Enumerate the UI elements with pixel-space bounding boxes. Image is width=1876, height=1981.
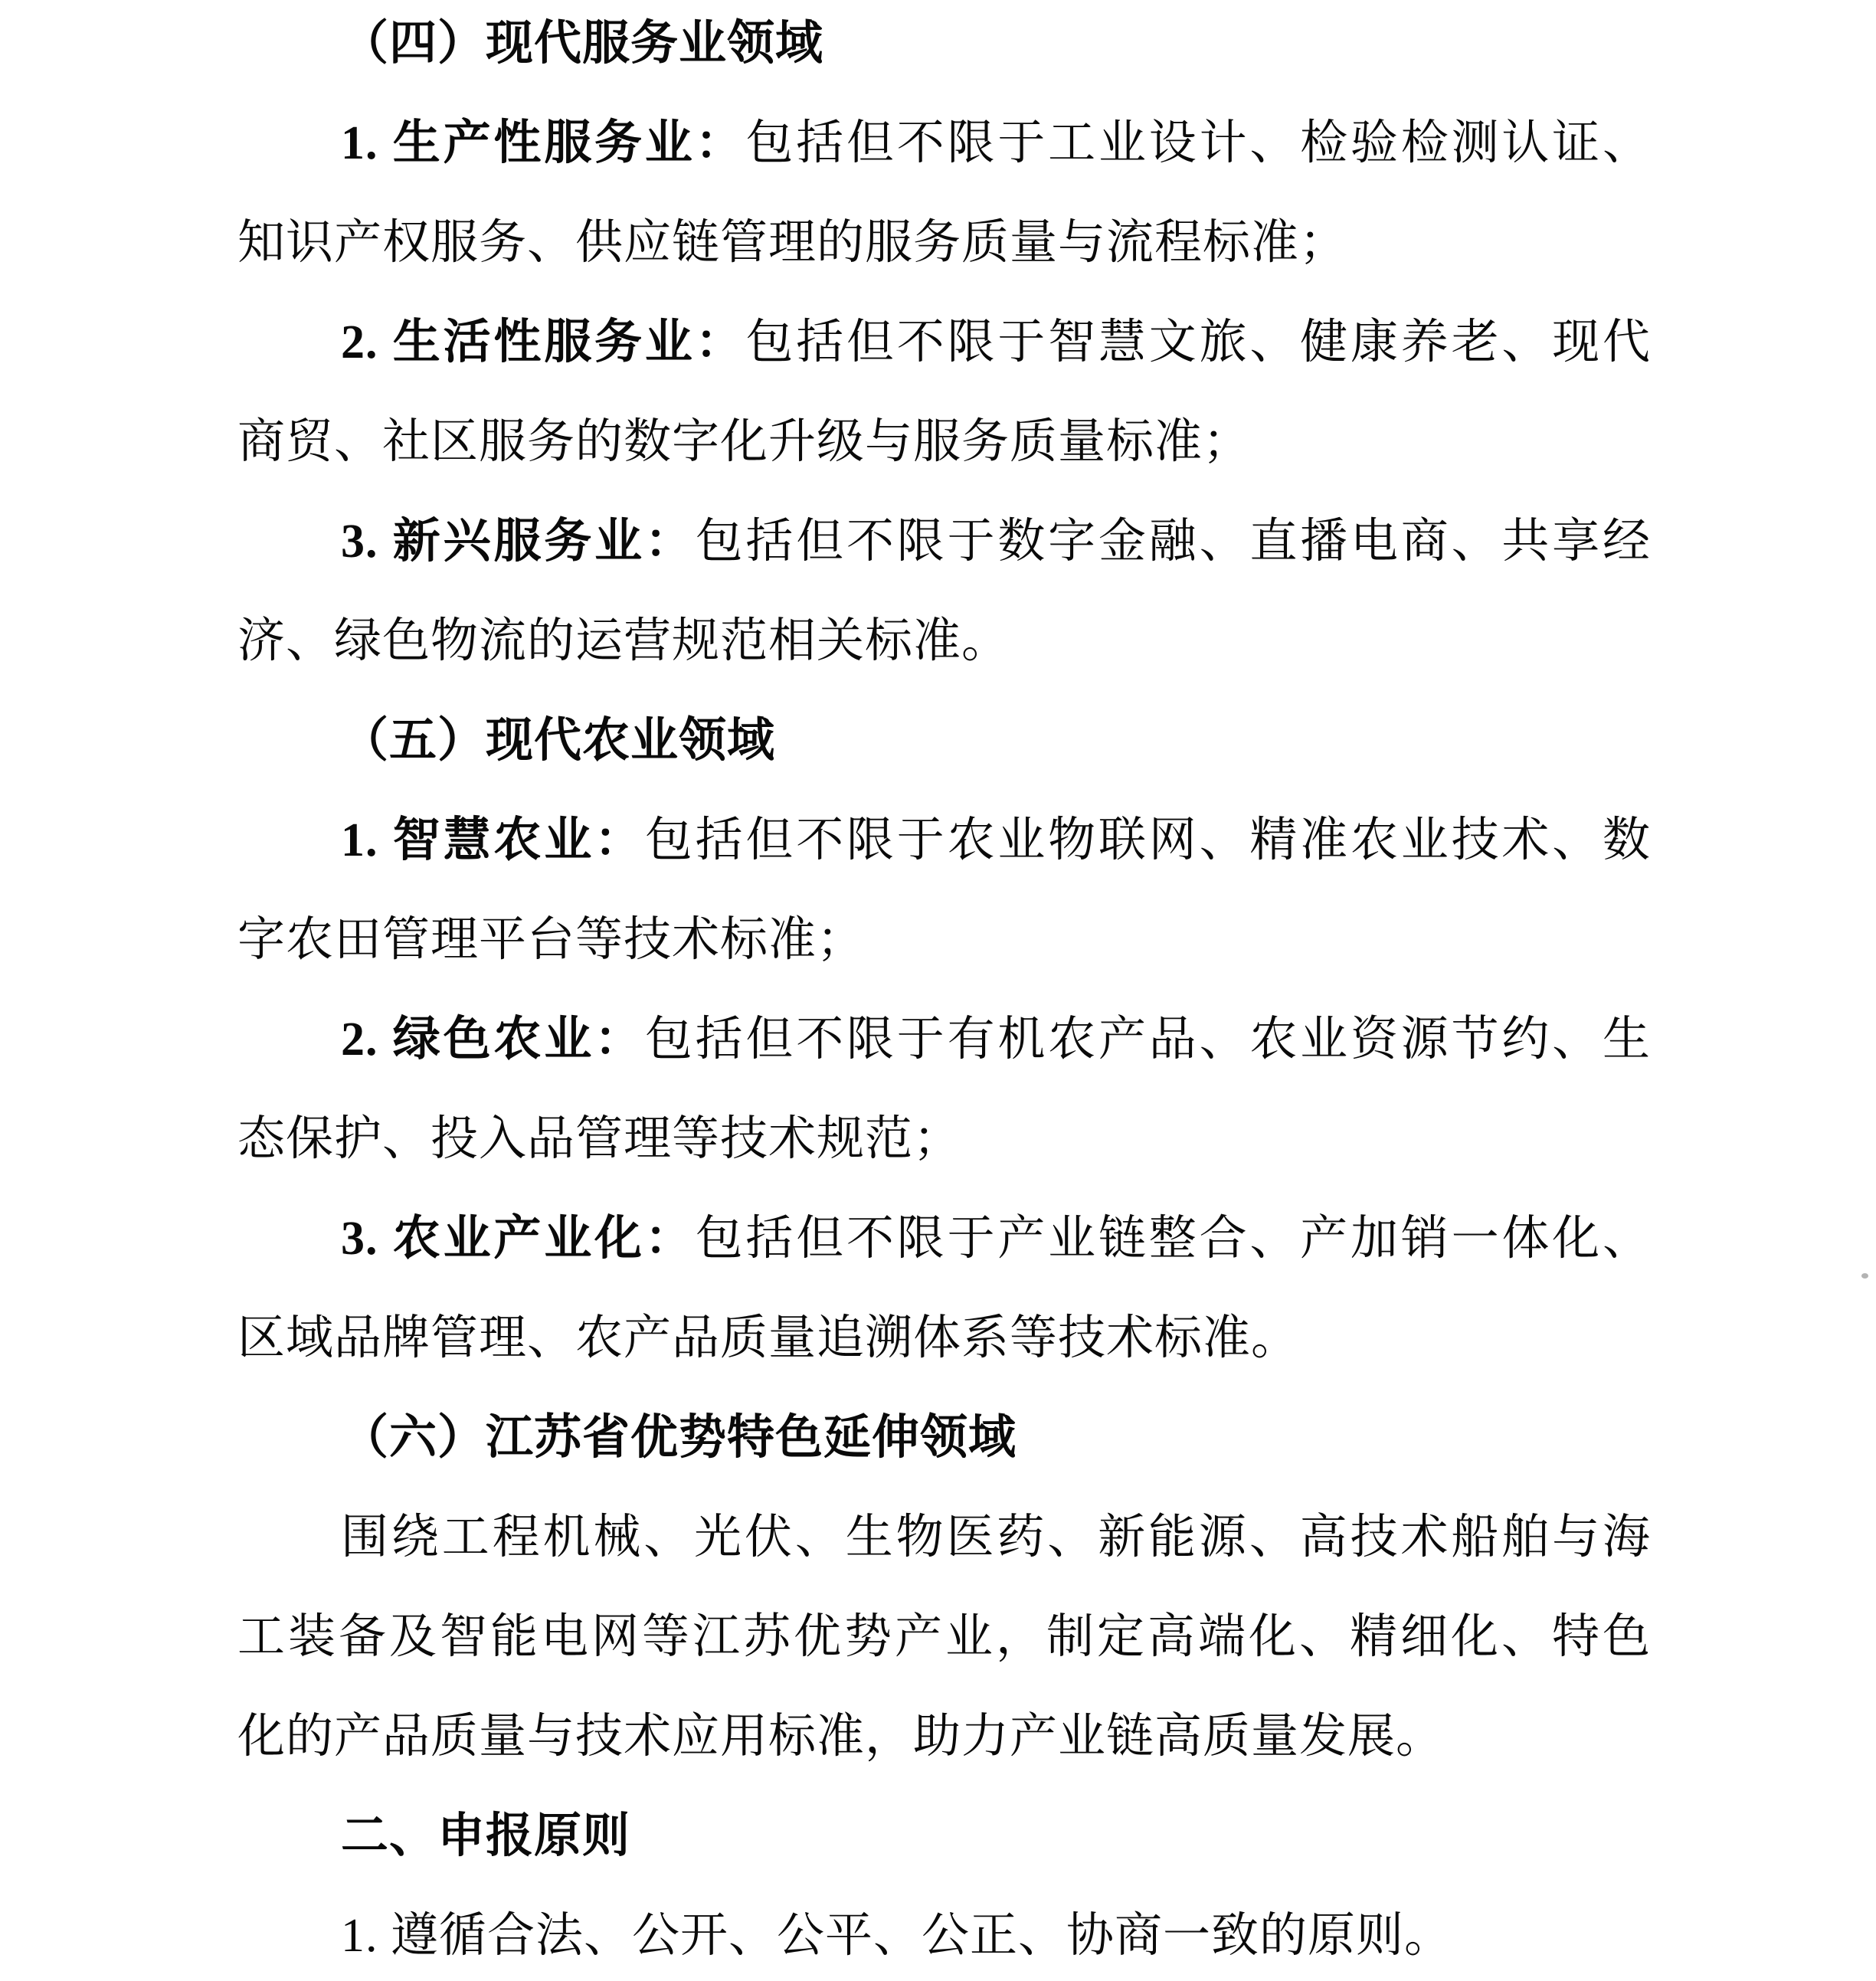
body-text: 化的产品质量与技术应用标准，助力产业链高质量发展。 — [237, 1711, 1444, 1763]
body-text: 包括但不限于农业物联网、精准农业技术、数 — [645, 814, 1651, 866]
text-line: 3. 新兴服务业：包括但不限于数字金融、直播电商、共享经 — [237, 492, 1651, 591]
body-text: 商贸、社区服务的数字化升级与服务质量标准； — [237, 416, 1251, 468]
body-text: 1. 遵循合法、公开、公平、公正、协商一致的原则。 — [341, 1910, 1452, 1962]
text-line: 1. 智慧农业：包括但不限于农业物联网、精准农业技术、数 — [237, 791, 1651, 890]
emphasis-text: 2. 生活性服务业： — [341, 316, 745, 368]
body-text: 济、绿色物流的运营规范相关标准。 — [237, 615, 1010, 667]
text-line: 二、申报原则 — [237, 1786, 1651, 1886]
document-body: （四）现代服务业领域1. 生产性服务业：包括但不限于工业设计、检验检测认证、知识… — [237, 0, 1651, 1981]
body-text: 字农田管理平台等技术标准； — [237, 914, 865, 966]
body-text: 包括但不限于有机农产品、农业资源节约、生 — [645, 1013, 1651, 1066]
body-text: 工装备及智能电网等江苏优势产业，制定高端化、精细化、特色 — [237, 1611, 1651, 1663]
body-text: 知识产权服务、供应链管理的服务质量与流程标准； — [237, 217, 1347, 269]
text-line: 围绕工程机械、光伏、生物医药、新能源、高技术船舶与海 — [237, 1488, 1651, 1587]
text-line: （五）现代农业领域 — [237, 691, 1651, 791]
text-line: 化的产品质量与技术应用标准，助力产业链高质量发展。 — [237, 1687, 1651, 1786]
body-text: 区域品牌管理、农产品质量追溯体系等技术标准。 — [237, 1312, 1299, 1364]
text-line: 2. 生活性服务业：包括但不限于智慧文旅、健康养老、现代 — [237, 293, 1651, 392]
emphasis-text: 2. 绿色农业： — [341, 1013, 645, 1066]
emphasis-text: 1. 智慧农业： — [341, 814, 645, 866]
text-line: 1. 生产性服务业：包括但不限于工业设计、检验检测认证、 — [237, 93, 1651, 193]
text-line: 3. 农业产业化：包括但不限于产业链整合、产加销一体化、 — [237, 1189, 1651, 1288]
emphasis-text: 二、申报原则 — [341, 1810, 630, 1862]
emphasis-text: 3. 新兴服务业： — [341, 516, 696, 568]
scan-artifact-dot — [1861, 1273, 1868, 1279]
emphasis-text: （五）现代农业领域 — [341, 715, 775, 767]
text-line: 态保护、投入品管理等技术规范； — [237, 1089, 1651, 1189]
body-text: 围绕工程机械、光伏、生物医药、新能源、高技术船舶与海 — [341, 1511, 1651, 1564]
text-line: 济、绿色物流的运营规范相关标准。 — [237, 591, 1651, 691]
text-line: 工装备及智能电网等江苏优势产业，制定高端化、精细化、特色 — [237, 1587, 1651, 1687]
text-line: （六）江苏省优势特色延伸领域 — [237, 1388, 1651, 1488]
document-page: （四）现代服务业领域1. 生产性服务业：包括但不限于工业设计、检验检测认证、知识… — [0, 0, 1876, 1981]
text-line: （四）现代服务业领域 — [237, 0, 1651, 93]
text-line: 1. 遵循合法、公开、公平、公正、协商一致的原则。 — [237, 1886, 1651, 1981]
text-line: 商贸、社区服务的数字化升级与服务质量标准； — [237, 392, 1651, 492]
emphasis-text: 1. 生产性服务业： — [341, 117, 745, 169]
body-text: 包括但不限于产业链整合、产加销一体化、 — [696, 1213, 1651, 1265]
text-line: 区域品牌管理、农产品质量追溯体系等技术标准。 — [237, 1288, 1651, 1388]
body-text: 态保护、投入品管理等技术规范； — [237, 1113, 961, 1165]
emphasis-text: 3. 农业产业化： — [341, 1213, 696, 1265]
emphasis-text: （六）江苏省优势特色延伸领域 — [341, 1412, 1017, 1464]
text-line: 2. 绿色农业：包括但不限于有机农产品、农业资源节约、生 — [237, 990, 1651, 1089]
text-line: 字农田管理平台等技术标准； — [237, 890, 1651, 990]
emphasis-text: （四）现代服务业领域 — [341, 18, 823, 70]
text-line: 知识产权服务、供应链管理的服务质量与流程标准； — [237, 193, 1651, 293]
body-text: 包括但不限于数字金融、直播电商、共享经 — [696, 516, 1651, 568]
body-text: 包括但不限于工业设计、检验检测认证、 — [745, 117, 1651, 169]
body-text: 包括但不限于智慧文旅、健康养老、现代 — [745, 316, 1651, 368]
